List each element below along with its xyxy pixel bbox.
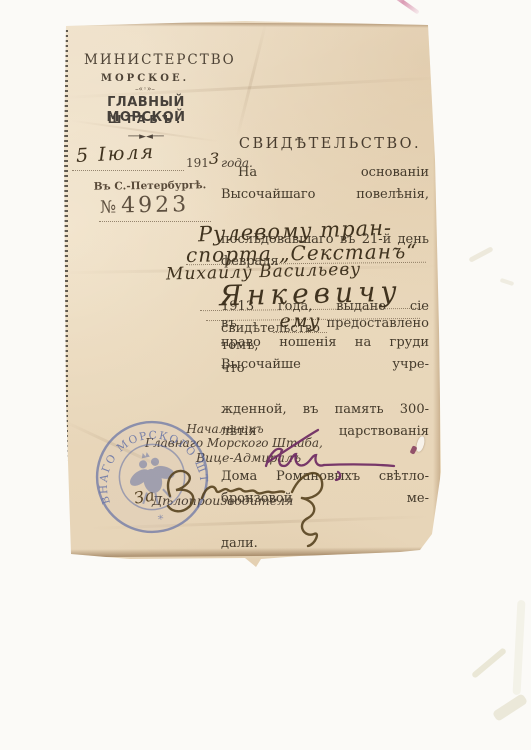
background-smudge xyxy=(500,278,515,286)
document-number: № 4923 xyxy=(100,192,190,219)
place-line: Въ С.-Петербургѣ. xyxy=(88,179,212,193)
number-value: 4923 xyxy=(121,192,189,218)
handwritten-surname: Янкевичу xyxy=(198,274,424,313)
dotted-rule xyxy=(99,221,211,222)
small-divider-ornament: –«◦»– xyxy=(84,85,206,93)
paper-top-edge-shadow xyxy=(66,22,428,28)
background-smudge xyxy=(468,246,493,263)
background-smudge xyxy=(513,600,526,695)
crease xyxy=(236,21,268,138)
body-line: право ношенія на груди Высочайше учре- xyxy=(221,332,429,399)
number-sign: № xyxy=(100,197,116,217)
pink-scan-streak xyxy=(386,0,419,15)
handwritten-date: 5 Іюля xyxy=(75,141,155,167)
handwritten-year-digit: 3 xyxy=(209,149,220,168)
certificate-title: СВИДѢТЕЛЬСТВО. xyxy=(230,136,430,152)
background-smudge xyxy=(492,693,528,722)
perforated-left-edge xyxy=(64,30,68,554)
clerk-signature xyxy=(156,460,351,552)
scanned-certificate-photo: МИНИСТЕРСТВО МОРСКОЕ. –«◦»– ГЛАВНЫЙ МОРС… xyxy=(0,0,531,750)
dotted-rule xyxy=(72,170,184,171)
ministry-name-line1: МИНИСТЕРСТВО xyxy=(84,52,206,68)
staff-name-line2: ШТАБЪ. xyxy=(70,113,222,126)
paper-right-edge-shadow xyxy=(433,30,440,545)
handwritten-emu: ему xyxy=(273,310,326,333)
ministry-name-line2: МОРСКОЕ. xyxy=(84,73,206,84)
printed-year-prefix: 191 xyxy=(186,156,209,170)
background-smudge xyxy=(471,647,507,679)
